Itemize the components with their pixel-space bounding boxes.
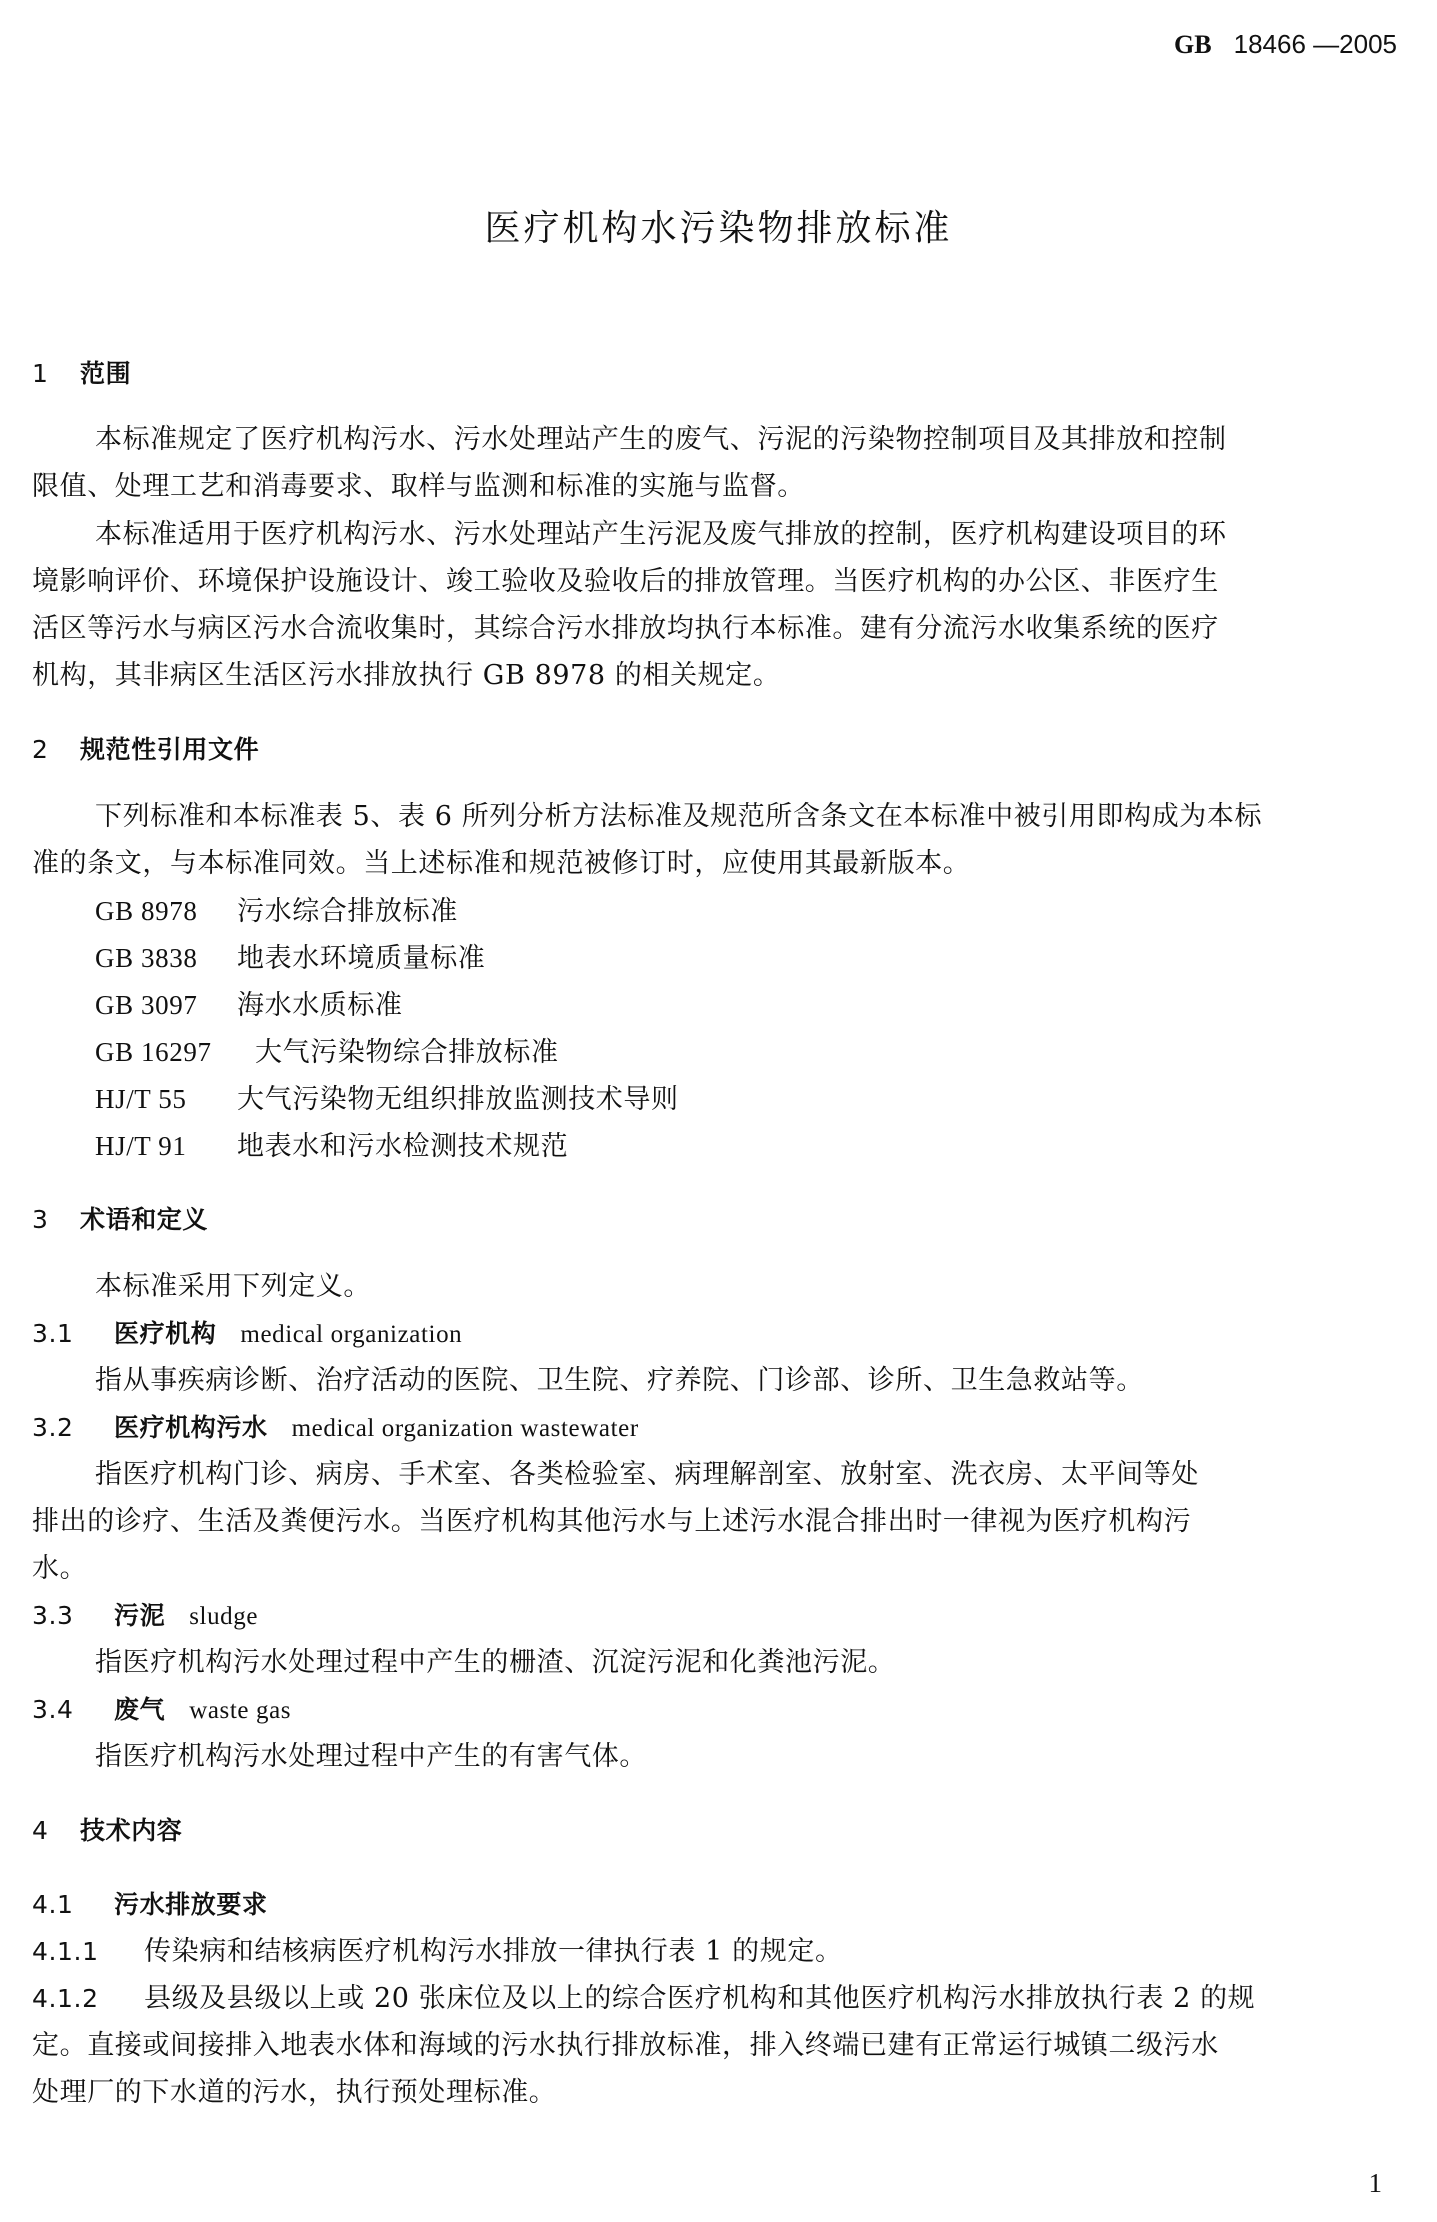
standard-prefix: GB (1174, 30, 1212, 59)
section-heading-3: 3术语和定义 (32, 1203, 1405, 1237)
section-heading-1: 1范围 (32, 357, 1405, 391)
paragraph-line: 水。 (32, 1552, 1405, 1586)
document-header: GB18466 —2005 (1174, 28, 1397, 61)
term-heading-3-1: 3.1医疗机构medical organization (32, 1317, 1405, 1352)
reference-item: GB 8978污水综合排放标准 (95, 894, 1437, 929)
subsection-heading-4-1: 4.1污水排放要求 (32, 1888, 1405, 1922)
paragraph-line: 定。直接或间接排入地表水体和海域的污水执行排放标准，排入终端已建有正常运行城镇二… (32, 2029, 1405, 2063)
reference-item: GB 3838地表水环境质量标准 (95, 941, 1437, 976)
paragraph-line: 指从事疾病诊断、治疗活动的医院、卫生院、疗养院、门诊部、诊所、卫生急救站等。 (95, 1364, 1437, 1398)
term-heading-3-2: 3.2医疗机构污水medical organization wastewater (32, 1411, 1405, 1446)
reference-item: GB 3097海水水质标准 (95, 988, 1437, 1023)
page-number: 1 (1369, 2168, 1383, 2199)
paragraph-line: 处理厂的下水道的污水，执行预处理标准。 (32, 2076, 1405, 2110)
paragraph-line: 下列标准和本标准表 5、表 6 所列分析方法标准及规范所含条文在本标准中被引用即… (95, 800, 1437, 834)
paragraph-line: 限值、处理工艺和消毒要求、取样与监测和标准的实施与监督。 (32, 470, 1405, 504)
term-heading-3-3: 3.3污泥sludge (32, 1599, 1405, 1634)
paragraph-line: 指医疗机构污水处理过程中产生的栅渣、沉淀污泥和化粪池污泥。 (95, 1646, 1437, 1680)
document-title: 医疗机构水污染物排放标准 (0, 206, 1437, 252)
paragraph-line: 本标准适用于医疗机构污水、污水处理站产生污泥及废气排放的控制，医疗机构建设项目的… (95, 518, 1437, 552)
reference-item: HJ/T 91地表水和污水检测技术规范 (95, 1129, 1437, 1164)
paragraph-line: 指医疗机构门诊、病房、手术室、各类检验室、病理解剖室、放射室、洗衣房、太平间等处 (95, 1458, 1437, 1492)
reference-item: HJ/T 55大气污染物无组织排放监测技术导则 (95, 1082, 1437, 1117)
paragraph-line: 活区等污水与病区污水合流收集时，其综合污水排放均执行本标准。建有分流污水收集系统… (32, 612, 1405, 646)
reference-item: GB 16297大气污染物综合排放标准 (95, 1035, 1437, 1070)
paragraph-line: 准的条文，与本标准同效。当上述标准和规范被修订时，应使用其最新版本。 (32, 847, 1405, 881)
section-heading-4: 4技术内容 (32, 1814, 1405, 1848)
clause-4-1-2: 4.1.2县级及县级以上或 20 张床位及以上的综合医疗机构和其他医疗机构污水排… (32, 1982, 1405, 2016)
paragraph-line: 排出的诊疗、生活及粪便污水。当医疗机构其他污水与上述污水混合排出时一律视为医疗机… (32, 1505, 1405, 1539)
standard-number: 18466 —2005 (1234, 29, 1397, 59)
paragraph-line: 指医疗机构污水处理过程中产生的有害气体。 (95, 1740, 1437, 1774)
paragraph-line: 本标准采用下列定义。 (95, 1270, 1437, 1304)
clause-4-1-1: 4.1.1传染病和结核病医疗机构污水排放一律执行表 1 的规定。 (32, 1935, 1405, 1969)
paragraph-line: 境影响评价、环境保护设施设计、竣工验收及验收后的排放管理。当医疗机构的办公区、非… (32, 565, 1405, 599)
paragraph-line: 本标准规定了医疗机构污水、污水处理站产生的废气、污泥的污染物控制项目及其排放和控… (95, 423, 1437, 457)
paragraph-line: 机构，其非病区生活区污水排放执行 GB 8978 的相关规定。 (32, 659, 1405, 693)
section-heading-2: 2规范性引用文件 (32, 733, 1405, 767)
term-heading-3-4: 3.4废气waste gas (32, 1693, 1405, 1728)
